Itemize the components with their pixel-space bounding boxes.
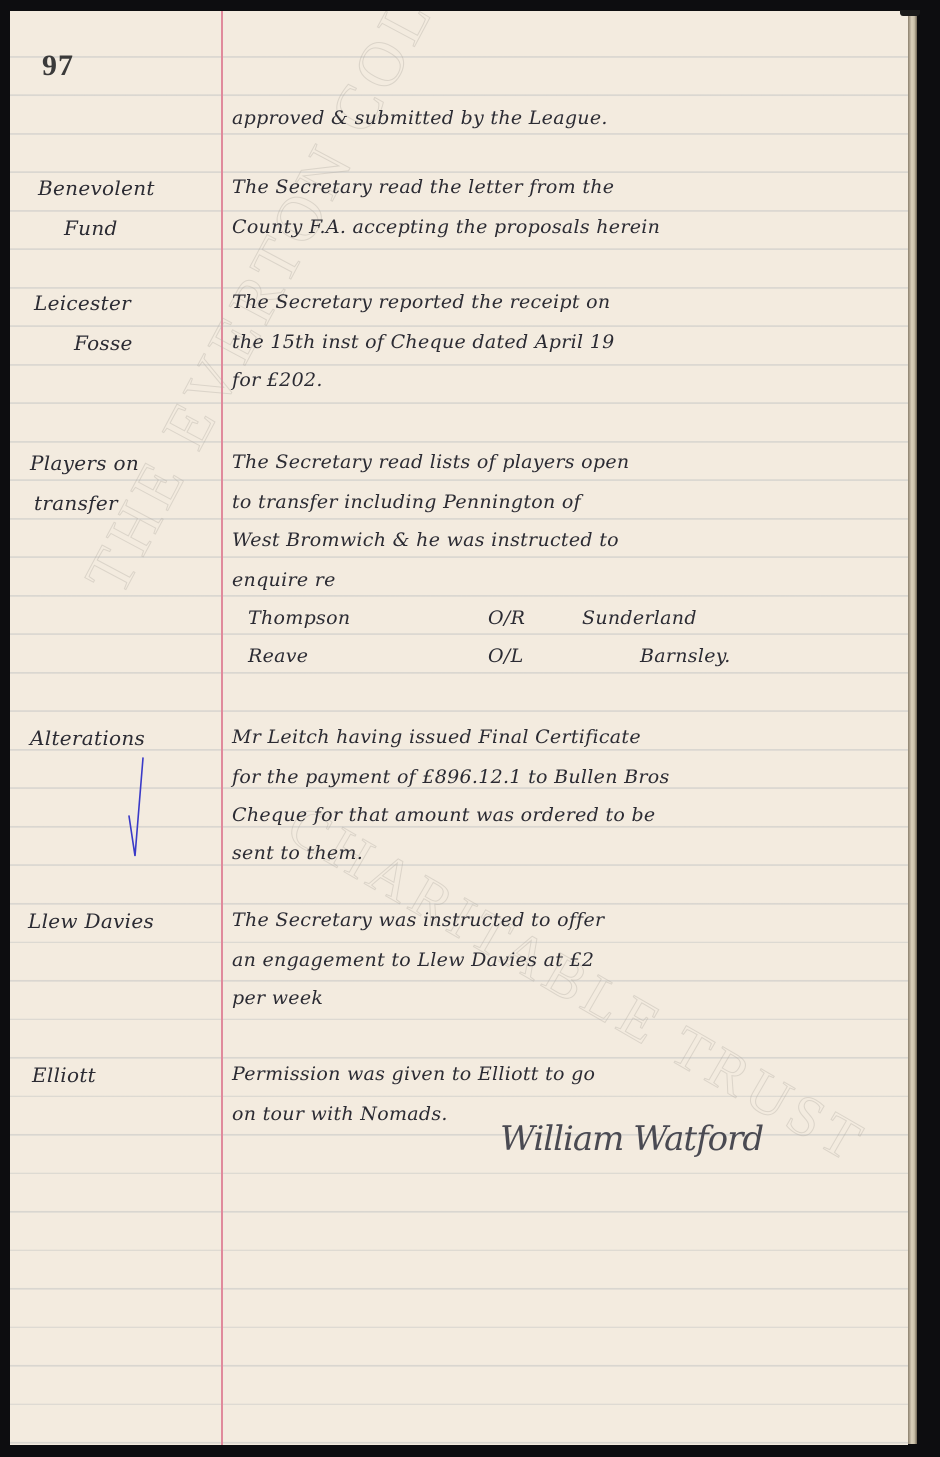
entry-line: The Secretary read lists of players open [232, 451, 629, 473]
label-leicester: Leicester [34, 291, 131, 315]
entry-line: The Secretary was instructed to offer [232, 909, 604, 931]
entry-line: on tour with Nomads. [232, 1103, 448, 1125]
entry-line: sent to them. [232, 842, 363, 864]
entry-line: Mr Leitch having issued Final Certificat… [232, 726, 641, 748]
player-position: O/R [488, 607, 525, 629]
label-transfer: transfer [34, 491, 118, 515]
signature: William Watford [500, 1119, 763, 1159]
label-benevolent: Benevolent [38, 176, 155, 200]
page-corner [900, 10, 920, 16]
label-players-on: Players on [30, 451, 139, 475]
label-llew-davies: Llew Davies [28, 909, 154, 933]
entry-line: per week [232, 987, 323, 1009]
entry-line: County F.A. accepting the proposals here… [232, 216, 660, 238]
player-name: Thompson [248, 607, 350, 629]
red-margin-rule [221, 11, 223, 1445]
entry-line: for the payment of £896.12.1 to Bullen B… [232, 766, 670, 788]
entry-line: West Bromwich & he was instructed to [232, 529, 619, 551]
player-position: O/L [488, 645, 524, 667]
page-edge [908, 12, 917, 1444]
label-fund: Fund [64, 216, 118, 240]
entry-line: Permission was given to Elliott to go [232, 1063, 595, 1085]
entry-line: to transfer including Pennington of [232, 491, 581, 513]
checkmark-icon [127, 756, 147, 861]
entry-line: Cheque for that amount was ordered to be [232, 804, 655, 826]
label-alterations: Alterations [30, 726, 145, 750]
ledger-page: THE EVERTON COLLECTION CHARITABLE TRUST … [10, 11, 908, 1445]
continuation-line: approved & submitted by the League. [232, 107, 608, 129]
player-name: Reave [248, 645, 308, 667]
entry-line: enquire re [232, 569, 336, 591]
entry-line: The Secretary reported the receipt on [232, 291, 610, 313]
entry-line: for £202. [232, 369, 323, 391]
label-elliott: Elliott [32, 1063, 96, 1087]
player-club: Barnsley. [640, 645, 731, 667]
entry-line: an engagement to Llew Davies at £2 [232, 949, 594, 971]
player-club: Sunderland [582, 607, 697, 629]
entry-line: the 15th inst of Cheque dated April 19 [232, 331, 615, 353]
entry-line: The Secretary read the letter from the [232, 176, 614, 198]
label-fosse: Fosse [74, 331, 133, 355]
page-number: 97 [42, 49, 74, 83]
